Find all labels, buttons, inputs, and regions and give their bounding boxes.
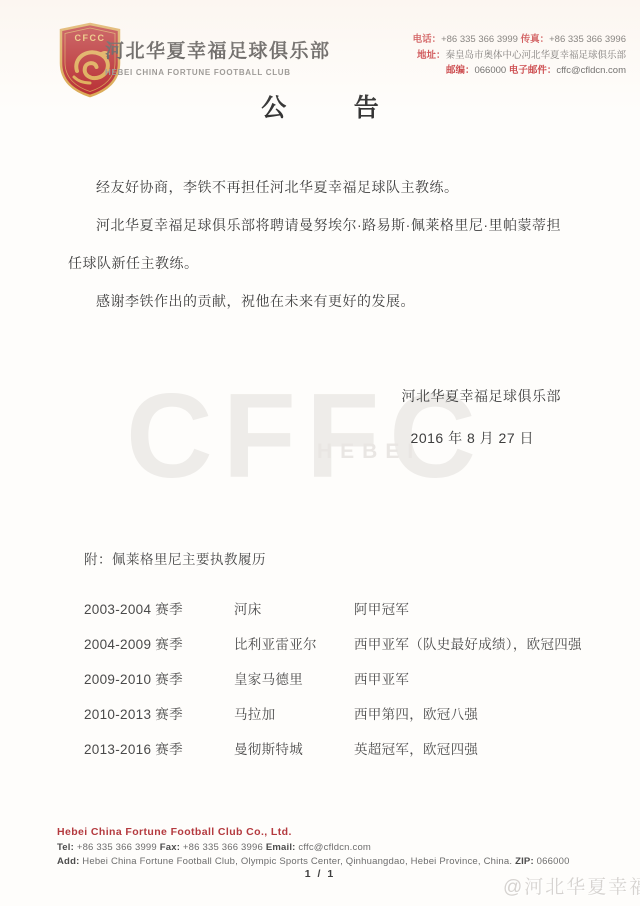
footer-tel-line: Tel: +86 335 366 3999 Fax: +86 335 366 3… xyxy=(57,842,570,853)
table-cell-result: 西甲第四，欧冠八强 xyxy=(354,703,594,723)
table-cell-result: 阿甲冠军 xyxy=(354,598,594,618)
table-cell-club: 曼彻斯特城 xyxy=(234,738,354,758)
zip-label: 邮编： xyxy=(446,65,475,76)
email-label: 电子邮件： xyxy=(509,65,557,76)
zip-value: 066000 xyxy=(474,65,508,76)
attachment-heading: 附：佩莱格里尼主要执教履历 xyxy=(84,548,594,568)
fax-value: +86 335 366 3996 xyxy=(180,842,266,853)
table-cell-result: 英超冠军，欧冠四强 xyxy=(354,738,594,758)
add-value: Hebei China Fortune Football Club, Olymp… xyxy=(79,856,515,867)
signature-date: 2016 年 8 月 27 日 xyxy=(411,428,534,448)
contact-line-zip-email: 邮编：066000 电子邮件：cffc@cfldcn.com xyxy=(413,63,626,79)
header-contact-block: 电话：+86 335 366 3999 传真：+86 335 366 3996 … xyxy=(413,32,626,79)
table-cell-season: 2013-2016 赛季 xyxy=(84,738,234,758)
email-label: Email: xyxy=(266,842,296,853)
address-value: 秦皇岛市奥体中心河北华夏幸福足球俱乐部 xyxy=(445,50,626,61)
club-name-en: HEBEI CHINA FORTUNE FOOTBALL CLUB xyxy=(105,68,331,77)
tel-value: +86 335 366 3999 xyxy=(74,842,160,853)
table-cell-season: 2003-2004 赛季 xyxy=(84,598,234,618)
add-label: Add: xyxy=(57,856,79,867)
table-cell-club: 马拉加 xyxy=(234,703,354,723)
fax-label: 传真： xyxy=(521,34,550,45)
fax-label: Fax: xyxy=(160,842,180,853)
page-title: 公告 xyxy=(0,88,640,124)
contact-line-address: 地址：秦皇岛市奥体中心河北华夏幸福足球俱乐部 xyxy=(413,48,626,64)
table-cell-club: 皇家马德里 xyxy=(234,668,354,688)
phone-value: +86 335 366 3999 xyxy=(441,34,521,45)
email-value: cffc@cfldcn.com xyxy=(296,842,372,853)
phone-label: 电话： xyxy=(413,34,442,45)
paragraph-1: 经友好协商，李铁不再担任河北华夏幸福足球队主教练。 xyxy=(68,168,573,206)
club-name-cn: 河北华夏幸福足球俱乐部 xyxy=(105,36,331,63)
tel-label: Tel: xyxy=(57,842,74,853)
table-cell-result: 西甲亚军 xyxy=(354,668,594,688)
zip-label: ZIP: xyxy=(515,856,534,867)
club-name-block: 河北华夏幸福足球俱乐部 HEBEI CHINA FORTUNE FOOTBALL… xyxy=(105,36,331,77)
hebei-watermark: HEBEI xyxy=(317,440,421,464)
contact-line-phone: 电话：+86 335 366 3999 传真：+86 335 366 3996 xyxy=(413,32,626,48)
table-cell-season: 2010-2013 赛季 xyxy=(84,703,234,723)
paragraph-3: 感谢李铁作出的贡献，祝他在未来有更好的发展。 xyxy=(68,282,573,320)
coaching-history-table: 2003-2004 赛季 河床 阿甲冠军 2004-2009 赛季 比利亚雷亚尔… xyxy=(84,590,594,765)
svg-text:CFCC: CFCC xyxy=(75,33,106,43)
signature-org: 河北华夏幸福足球俱乐部 xyxy=(402,386,562,406)
table-cell-season: 2004-2009 赛季 xyxy=(84,633,234,653)
email-value: cffc@cfldcn.com xyxy=(556,65,626,76)
address-label: 地址： xyxy=(417,50,446,61)
announcement-body: 经友好协商，李铁不再担任河北华夏幸福足球队主教练。 河北华夏幸福足球俱乐部将聘请… xyxy=(68,168,573,320)
footer-company-name: Hebei China Fortune Football Club Co., L… xyxy=(57,826,570,838)
zip-value: 066000 xyxy=(534,856,570,867)
table-cell-season: 2009-2010 赛季 xyxy=(84,668,234,688)
footer-address-line: Add: Hebei China Fortune Football Club, … xyxy=(57,856,570,867)
page-number: 1 / 1 xyxy=(0,868,640,880)
announcement-page: CFFC HEBEI CFCC 河北华夏幸福足球俱乐部 HEBEI CHINA … xyxy=(0,0,640,906)
attachment-section: 附：佩莱格里尼主要执教履历 2003-2004 赛季 河床 阿甲冠军 2004-… xyxy=(84,548,594,765)
table-cell-club: 比利亚雷亚尔 xyxy=(234,633,354,653)
fax-value: +86 335 366 3996 xyxy=(549,34,626,45)
paragraph-2: 河北华夏幸福足球俱乐部将聘请曼努埃尔·路易斯·佩莱格里尼·里帕蒙蒂担任球队新任主… xyxy=(68,206,573,282)
footer-block: Hebei China Fortune Football Club Co., L… xyxy=(57,826,570,867)
table-cell-result: 西甲亚军（队史最好成绩），欧冠四强 xyxy=(354,633,594,653)
table-cell-club: 河床 xyxy=(234,598,354,618)
